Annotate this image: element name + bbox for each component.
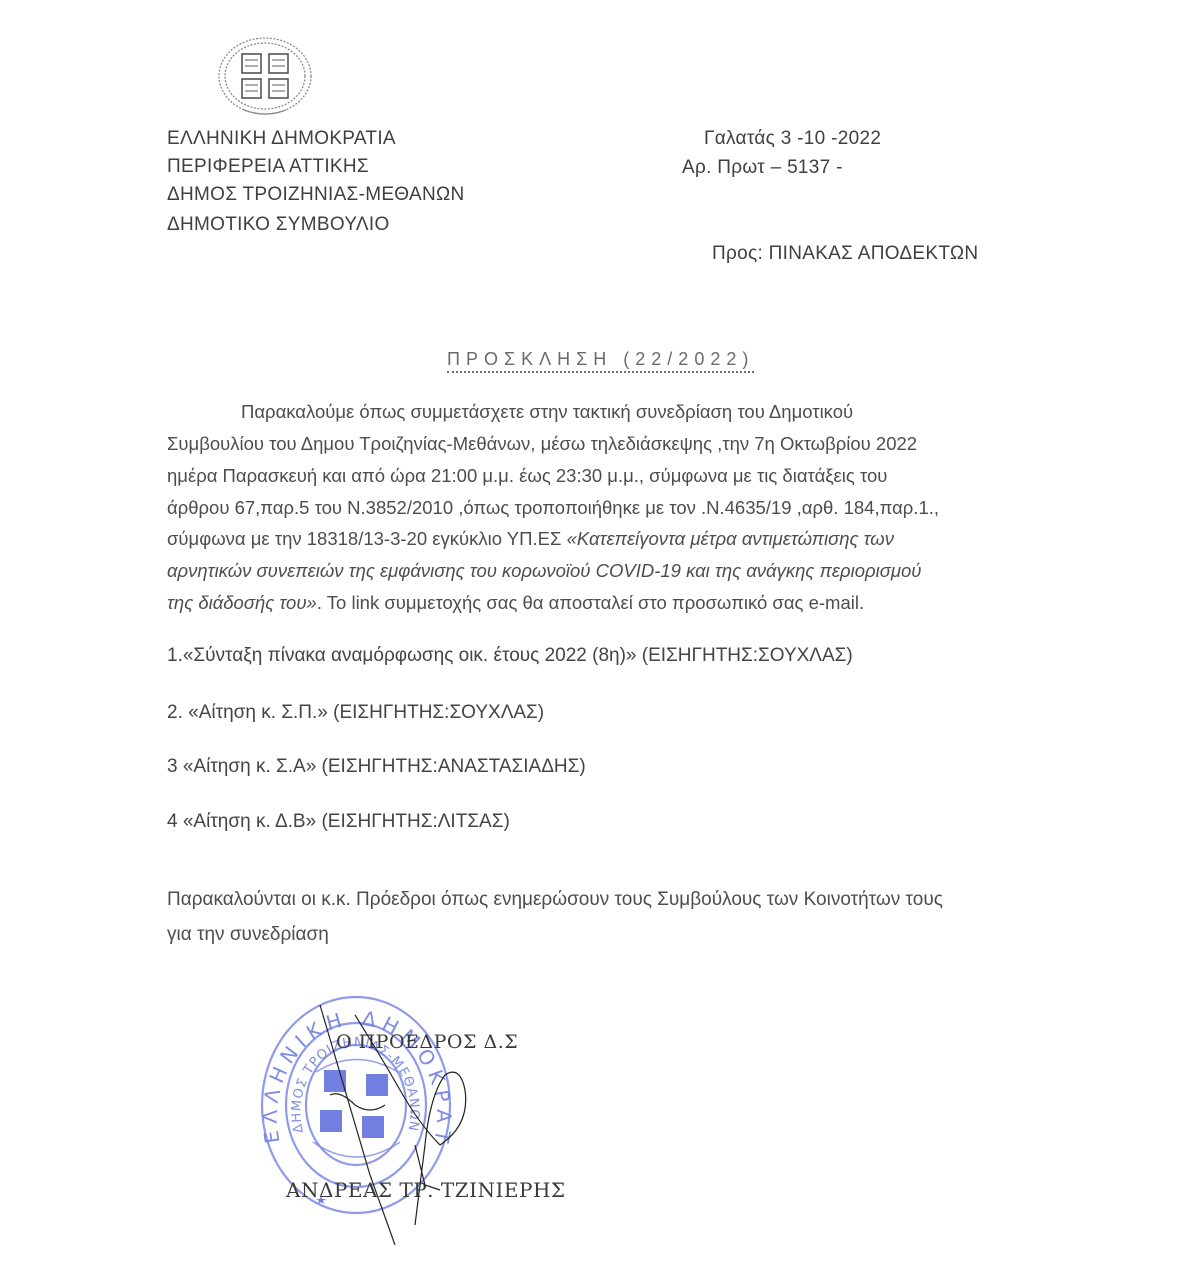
intro-line: ημέρα Παρασκευή και από ώρα 21:00 μ.μ. έ… xyxy=(167,465,887,487)
agenda-item: 1.«Σύνταξη πίνακα αναμόρφωσης οικ. έτους… xyxy=(167,645,853,667)
protocol-number: Αρ. Πρωτ – 5137 - xyxy=(682,157,843,179)
recipient: Προς: ΠΙΝΑΚΑΣ ΑΠΟΔΕΚΤΩΝ xyxy=(712,243,978,265)
intro-line: Παρακαλούμε όπως συμμετάσχετε στην τακτι… xyxy=(241,401,853,423)
agenda-item: 2. «Αίτηση κ. Σ.Π.» (ΕΙΣΗΓΗΤΗΣ:ΣΟΥΧΛΑΣ) xyxy=(167,702,544,724)
agenda-item: 3 «Αίτηση κ. Σ.Α» (ΕΙΣΗΓΗΤΗΣ:ΑΝΑΣΤΑΣΙΑΔΗ… xyxy=(167,756,586,778)
document-title: ΠΡΟΣΚΛΗΣΗ (22/2022) xyxy=(447,349,754,373)
closing-line: για την συνεδρίαση xyxy=(167,924,329,946)
intro-line: άρθρου 67,παρ.5 του Ν.3852/2010 ,όπως τρ… xyxy=(167,497,939,519)
issuer-region: ΠΕΡΙΦΕΡΕΙΑ ΑΤΤΙΚΗΣ xyxy=(167,156,369,178)
intro-line: Συμβουλίου του Δημου Τροιζηνίας-Μεθάνων,… xyxy=(167,433,917,455)
link-notice: . Το link συμμετοχής σας θα αποσταλεί στ… xyxy=(317,592,864,613)
circular-title-end: της διάδοσής του» xyxy=(167,592,317,613)
issuer-country: ΕΛΛΗΝΙΚΗ ΔΗΜΟΚΡΑΤΙΑ xyxy=(167,128,396,150)
handwritten-signature-icon xyxy=(300,995,500,1255)
circular-title: «Κατεπείγοντα μέτρα αντιμετώπισης των xyxy=(567,528,894,549)
issuer-council: ΔΗΜΟΤΙΚΟ ΣΥΜΒΟΥΛΙΟ xyxy=(167,214,390,236)
agenda-item: 4 «Αίτηση κ. Δ.Β» (ΕΙΣΗΓΗΤΗΣ:ΛΙΤΣΑΣ) xyxy=(167,811,510,833)
issuer-municipality: ΔΗΜΟΣ ΤΡΟΙΖΗΝΙΑΣ-ΜΕΘΑΝΩΝ xyxy=(167,184,465,206)
place-date: Γαλατάς 3 -10 -2022 xyxy=(704,128,881,150)
intro-line: της διάδοσής του». Το link συμμετοχής σα… xyxy=(167,592,864,614)
circular-title-cont: αρνητικών συνεπειών της εμφάνισης του κο… xyxy=(167,560,921,582)
closing-line: Παρακαλούνται οι κ.κ. Πρόεδροι όπως ενημ… xyxy=(167,889,943,911)
intro-line: σύμφωνα με την 18318/13-3-20 εγκύκλιο ΥΠ… xyxy=(167,528,894,550)
greek-coat-of-arms-icon xyxy=(214,34,316,118)
circular-reference: σύμφωνα με την 18318/13-3-20 εγκύκλιο ΥΠ… xyxy=(167,528,567,549)
